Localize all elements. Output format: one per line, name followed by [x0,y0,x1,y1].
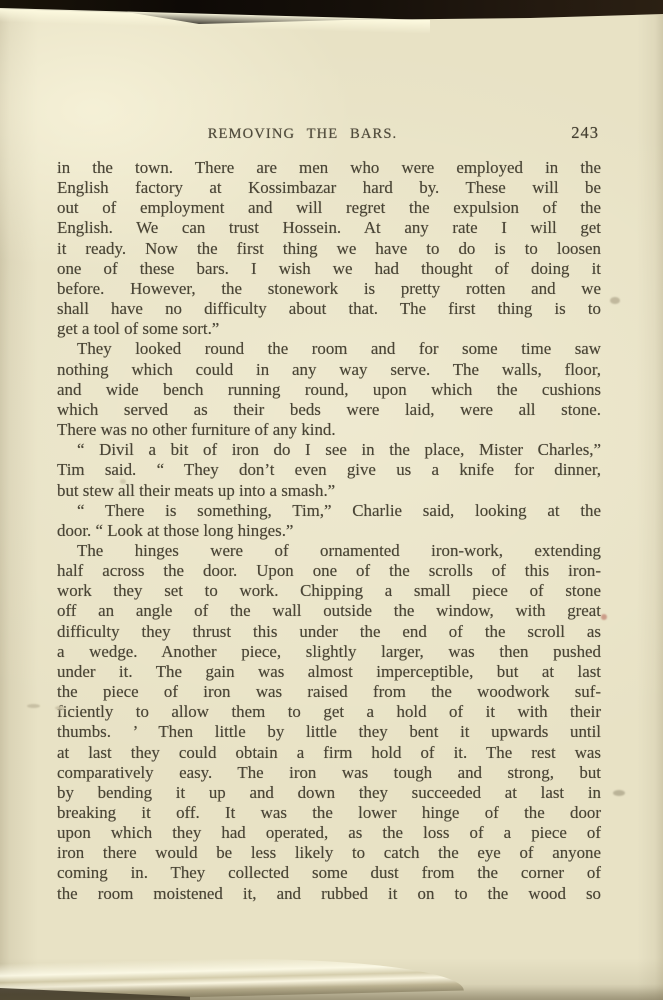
text-line: it ready. Now the first thing we have to… [57,239,601,259]
page-bottom-shade [0,984,663,1000]
text-line: and wide bench running round, upon which… [57,380,601,400]
text-line: the room moistened it, and rubbed it on … [57,884,601,904]
text-line: difficulty they thrust this under the en… [57,622,601,642]
scan-speck [613,790,625,796]
text-line: English. We can trust Hossein. At any ra… [57,218,601,238]
text-line: door. “ Look at those long hinges.” [57,521,601,541]
text-line: nothing which could in any way serve. Th… [57,360,601,380]
text-line: the piece of iron was raised from the wo… [57,682,601,702]
scan-speck [27,704,40,708]
text-line: breaking it off. It was the lower hinge … [57,803,601,823]
text-line: a wedge. Another piece, slightly larger,… [57,642,601,662]
text-line: iron there would be less likely to catch… [57,843,601,863]
text-line: in the town. There are men who were empl… [57,158,601,178]
text-line: Tim said. “ They don’t even give us a kn… [57,460,601,480]
text-line: They looked round the room and for some … [57,339,601,359]
paragraph: The hinges were of ornamented iron-work,… [57,541,601,904]
text-line: but stew all their meats up into a smash… [57,481,601,501]
page-number: 243 [571,123,599,143]
scan-speck [610,297,620,304]
running-head: REMOVING THE BARS. 243 [57,126,600,148]
page-body: in the town. There are men who were empl… [57,158,601,904]
paragraph: “ There is something, Tim,” Charlie said… [57,501,601,541]
running-head-title: REMOVING THE BARS. [208,126,398,143]
text-line: get a tool of some sort.” [57,319,601,339]
text-line: work they set to work. Chipping a small … [57,581,601,601]
text-line: thumbs. ’ Then little by little they ben… [57,722,601,742]
paragraph: “ Divil a bit of iron do I see in the pl… [57,440,601,500]
text-line: English factory at Kossimbazar hard by. … [57,178,601,198]
text-line: one of these bars. I wish we had thought… [57,259,601,279]
paragraph: in the town. There are men who were empl… [57,158,601,339]
text-line: “ Divil a bit of iron do I see in the pl… [57,440,601,460]
text-line: at last they could obtain a firm hold of… [57,743,601,763]
text-line: under it. The gain was almost impercepti… [57,662,601,682]
text-line: shall have no difficulty about that. The… [57,299,601,319]
scan-speck [601,614,607,620]
text-line: ficiently to allow them to get a hold of… [57,702,601,722]
text-line: The hinges were of ornamented iron-work,… [57,541,601,561]
text-line: upon which they had operated, as the los… [57,823,601,843]
text-line: “ There is something, Tim,” Charlie said… [57,501,601,521]
text-line: half across the door. Upon one of the sc… [57,561,601,581]
text-line: by bending it up and down they succeeded… [57,783,601,803]
text-line: before. However, the stonework is pretty… [57,279,601,299]
scan-top-edge-shadow [0,0,663,28]
text-line: which served as their beds were laid, we… [57,400,601,420]
text-line: comparatively easy. The iron was tough a… [57,763,601,783]
paragraph: They looked round the room and for some … [57,339,601,440]
text-line: out of employment and will regret the ex… [57,198,601,218]
text-line: coming in. They collected some dust from… [57,863,601,883]
text-line: There was no other furniture of any kind… [57,420,601,440]
text-line: off an angle of the wall outside the win… [57,601,601,621]
scanned-book-page: REMOVING THE BARS. 243 in the town. Ther… [0,0,663,1000]
